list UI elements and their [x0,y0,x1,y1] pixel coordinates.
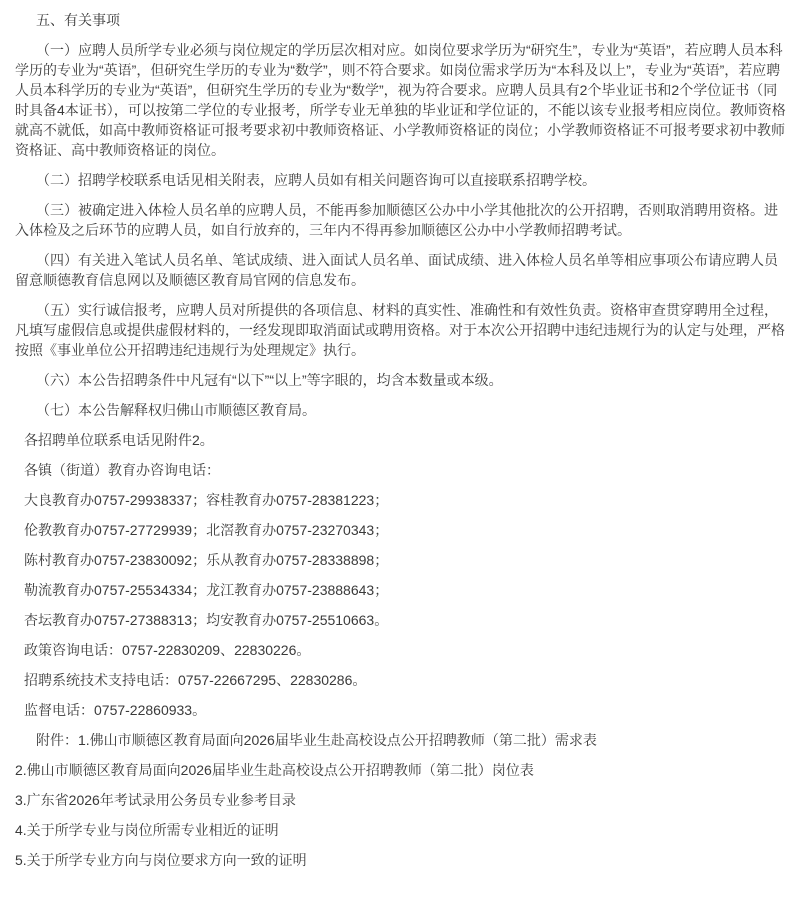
tech-support-phone-line: 招聘系统技术支持电话：0757-22667295、22830286。 [15,670,789,690]
attachment-item-1: 1.佛山市顺德区教育局面向2026届毕业生赴高校设点公开招聘教师（第二批）需求表 [78,732,597,748]
town-phone-line-lunjiao-beijiao: 伦教教育办0757-27729939；北滘教育办0757-23270343； [15,520,789,540]
contact-intro-line: 各招聘单位联系电话见附件2。 [15,430,789,450]
clause-2: （二）招聘学校联系电话见相关附表，应聘人员如有相关问题咨询可以直接联系招聘学校。 [15,170,789,190]
attachments-label: 附件： [36,732,78,748]
clause-5: （五）实行诚信报考，应聘人员对所提供的各项信息、材料的真实性、准确性和有效性负责… [15,300,789,360]
attachment-item-5: 5.关于所学专业方向与岗位要求方向一致的证明 [15,850,789,870]
town-phone-line-xingtan-junan: 杏坛教育办0757-27388313；均安教育办0757-25510663。 [15,610,789,630]
section-title: 五、有关事项 [15,10,789,30]
attachment-item-3: 3.广东省2026年考试录用公务员专业参考目录 [15,790,789,810]
town-phone-line-chencun-lecong: 陈村教育办0757-23830092；乐从教育办0757-28338898； [15,550,789,570]
clause-1: （一）应聘人员所学专业必须与岗位规定的学历层次相对应。如岗位要求学历为“研究生”… [15,40,789,160]
clause-3: （三）被确定进入体检人员名单的应聘人员，不能再参加顺德区公办中小学其他批次的公开… [15,200,789,240]
town-phone-line-leliu-longjiang: 勒流教育办0757-25534334；龙江教育办0757-23888643； [15,580,789,600]
clause-4: （四）有关进入笔试人员名单、笔试成绩、进入面试人员名单、面试成绩、进入体检人员名… [15,250,789,290]
supervision-phone-line: 监督电话：0757-22860933。 [15,700,789,720]
attachments-first-line: 附件：1.佛山市顺德区教育局面向2026届毕业生赴高校设点公开招聘教师（第二批）… [15,730,789,750]
policy-phone-line: 政策咨询电话：0757-22830209、22830226。 [15,640,789,660]
town-phone-line-daliang-ronggui: 大良教育办0757-29938337；容桂教育办0757-28381223； [15,490,789,510]
attachment-item-4: 4.关于所学专业与岗位所需专业相近的证明 [15,820,789,840]
clause-7: （七）本公告解释权归佛山市顺德区教育局。 [15,400,789,420]
town-phone-intro-line: 各镇（街道）教育办咨询电话： [15,460,789,480]
notice-document-body: 五、有关事项 （一）应聘人员所学专业必须与岗位规定的学历层次相对应。如岗位要求学… [0,10,798,900]
attachment-item-2: 2.佛山市顺德区教育局面向2026届毕业生赴高校设点公开招聘教师（第二批）岗位表 [15,760,789,780]
clause-6: （六）本公告招聘条件中凡冠有“以下”“以上”等字眼的，均含本数量或本级。 [15,370,789,390]
